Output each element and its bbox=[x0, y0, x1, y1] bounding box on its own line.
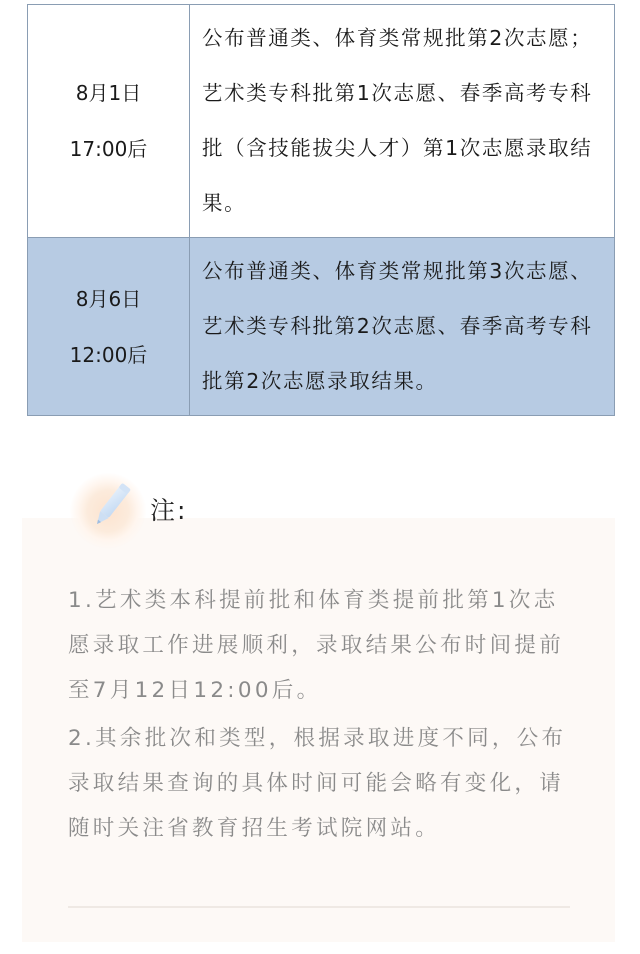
description-cell: 公布普通类、体育类常规批第3次志愿、艺术类专科批第2次志愿、春季高考专科批第2次… bbox=[190, 238, 615, 416]
note-title: 注: bbox=[150, 491, 187, 527]
admission-schedule-table: 8月1日 17:00后 公布普通类、体育类常规批第2次志愿；艺术类专科批第1次志… bbox=[27, 4, 615, 416]
note-item: 2.其余批次和类型，根据录取进度不同，公布录取结果查询的具体时间可能会略有变化，… bbox=[68, 716, 583, 851]
date-cell: 8月1日 17:00后 bbox=[28, 5, 190, 238]
table-row: 8月6日 12:00后 公布普通类、体育类常规批第3次志愿、艺术类专科批第2次志… bbox=[28, 238, 615, 416]
pencil-icon bbox=[70, 473, 146, 549]
date-cell: 8月6日 12:00后 bbox=[28, 238, 190, 416]
time-text: 12:00后 bbox=[29, 327, 188, 383]
divider bbox=[68, 906, 570, 908]
time-text: 17:00后 bbox=[29, 121, 188, 177]
note-item: 1.艺术类本科提前批和体育类提前批第1次志愿录取工作进展顺利，录取结果公布时间提… bbox=[68, 578, 583, 713]
date-text: 8月6日 bbox=[29, 271, 188, 327]
table-row: 8月1日 17:00后 公布普通类、体育类常规批第2次志愿；艺术类专科批第1次志… bbox=[28, 5, 615, 238]
description-cell: 公布普通类、体育类常规批第2次志愿；艺术类专科批第1次志愿、春季高考专科批（含技… bbox=[190, 5, 615, 238]
date-text: 8月1日 bbox=[29, 65, 188, 121]
